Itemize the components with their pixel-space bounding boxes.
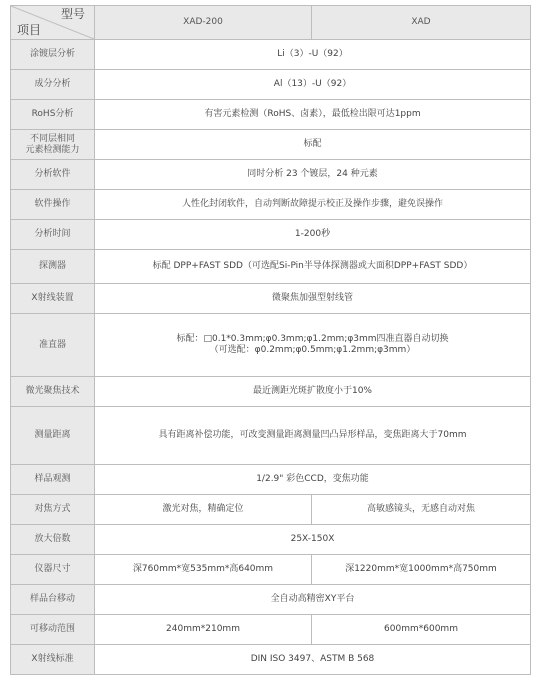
table-row: 分析软件 同时分析 23 个镀层，24 种元素 — [11, 160, 531, 190]
row-value-line: （可选配：φ0.2mm;φ0.5mm;φ1.2mm;φ3mm） — [99, 345, 526, 356]
table-row: 探测器 标配 DPP+FAST SDD（可选配Si-Pin半导体探测器或大面积D… — [11, 250, 531, 284]
table-row: 仪器尺寸 深760mm*宽535mm*高640mm 深1220mm*宽1000m… — [11, 555, 531, 585]
table-row: 软件操作 人性化封闭软件，自动判断故障提示校正及操作步骤，避免误操作 — [11, 190, 531, 220]
table-row: 涂镀层分析 Li（3）-U（92） — [11, 40, 531, 70]
table-row: 样品台移动 全自动高精密XY平台 — [11, 585, 531, 615]
spec-comparison-table: 型号 项目 XAD-200 XAD 涂镀层分析 Li（3）-U（92） 成分分析… — [10, 5, 531, 675]
row-value-xad: 深1220mm*宽1000mm*高750mm — [312, 555, 531, 585]
row-value-xad: 600mm*600mm — [312, 615, 531, 645]
row-label: 不同层相同 元素检测能力 — [11, 130, 95, 160]
row-value-xad: 高敏感镜头，无感自动对焦 — [312, 495, 531, 525]
row-label: 成分分析 — [11, 70, 95, 100]
row-label: 样品观测 — [11, 465, 95, 495]
item-axis-label: 项目 — [17, 25, 41, 36]
table-row: RoHS分析 有害元素检测（RoHS、卤素），最低检出限可达1ppm — [11, 100, 531, 130]
table-row: 分析时间 1-200秒 — [11, 220, 531, 250]
row-value: Li（3）-U（92） — [95, 40, 531, 70]
row-value: 1-200秒 — [95, 220, 531, 250]
model-axis-label: 型号 — [61, 9, 85, 20]
row-value: 同时分析 23 个镀层，24 种元素 — [95, 160, 531, 190]
row-label: 可移动范围 — [11, 615, 95, 645]
row-label: X射线标准 — [11, 645, 95, 675]
corner-header-cell: 型号 项目 — [11, 6, 95, 40]
row-value: 有害元素检测（RoHS、卤素），最低检出限可达1ppm — [95, 100, 531, 130]
row-value: 25X-150X — [95, 525, 531, 555]
table-row: 微光聚焦技术 最近测距光斑扩散度小于10% — [11, 377, 531, 407]
header-row: 型号 项目 XAD-200 XAD — [11, 6, 531, 40]
row-label: 分析时间 — [11, 220, 95, 250]
model-header-xad-200: XAD-200 — [95, 6, 312, 40]
row-label: 微光聚焦技术 — [11, 377, 95, 407]
row-value-line: 标配：□0.1*0.3mm;φ0.3mm;φ1.2mm;φ3mm四准直器自动切换 — [99, 334, 526, 345]
row-value: 标配：□0.1*0.3mm;φ0.3mm;φ1.2mm;φ3mm四准直器自动切换… — [95, 314, 531, 377]
row-value-xad-200: 深760mm*宽535mm*高640mm — [95, 555, 312, 585]
row-label: 测量距离 — [11, 407, 95, 465]
table-row: 可移动范围 240mm*210mm 600mm*600mm — [11, 615, 531, 645]
row-value: 标配 DPP+FAST SDD（可选配Si-Pin半导体探测器或大面积DPP+F… — [95, 250, 531, 284]
row-label: 放大倍数 — [11, 525, 95, 555]
row-label: 涂镀层分析 — [11, 40, 95, 70]
row-value: 具有距离补偿功能，可改变测量距离测量凹凸异形样品，变焦距离大于70mm — [95, 407, 531, 465]
row-label: 分析软件 — [11, 160, 95, 190]
row-value: 人性化封闭软件，自动判断故障提示校正及操作步骤，避免误操作 — [95, 190, 531, 220]
table-row: 测量距离 具有距离补偿功能，可改变测量距离测量凹凸异形样品，变焦距离大于70mm — [11, 407, 531, 465]
table-row: 准直器 标配：□0.1*0.3mm;φ0.3mm;φ1.2mm;φ3mm四准直器… — [11, 314, 531, 377]
row-value: 最近测距光斑扩散度小于10% — [95, 377, 531, 407]
table-row: 不同层相同 元素检测能力 标配 — [11, 130, 531, 160]
table-row: X射线装置 微聚焦加强型射线管 — [11, 284, 531, 314]
row-label: RoHS分析 — [11, 100, 95, 130]
row-value-xad-200: 激光对焦，精确定位 — [95, 495, 312, 525]
row-label: 探测器 — [11, 250, 95, 284]
row-label-line: 元素检测能力 — [15, 145, 90, 156]
table-row: 对焦方式 激光对焦，精确定位 高敏感镜头，无感自动对焦 — [11, 495, 531, 525]
table-row: X射线标准 DIN ISO 3497、ASTM B 568 — [11, 645, 531, 675]
row-label: 仪器尺寸 — [11, 555, 95, 585]
row-value: DIN ISO 3497、ASTM B 568 — [95, 645, 531, 675]
row-label: 软件操作 — [11, 190, 95, 220]
row-value: 全自动高精密XY平台 — [95, 585, 531, 615]
row-value: 1/2.9" 彩色CCD，变焦功能 — [95, 465, 531, 495]
row-value: 微聚焦加强型射线管 — [95, 284, 531, 314]
row-label: 准直器 — [11, 314, 95, 377]
row-label: X射线装置 — [11, 284, 95, 314]
row-label: 对焦方式 — [11, 495, 95, 525]
table-row: 成分分析 Al（13）-U（92） — [11, 70, 531, 100]
row-value-xad-200: 240mm*210mm — [95, 615, 312, 645]
row-value: Al（13）-U（92） — [95, 70, 531, 100]
model-header-xad: XAD — [312, 6, 531, 40]
row-value: 标配 — [95, 130, 531, 160]
row-label-line: 不同层相同 — [15, 134, 90, 145]
table-row: 样品观测 1/2.9" 彩色CCD，变焦功能 — [11, 465, 531, 495]
table-row: 放大倍数 25X-150X — [11, 525, 531, 555]
row-label: 样品台移动 — [11, 585, 95, 615]
